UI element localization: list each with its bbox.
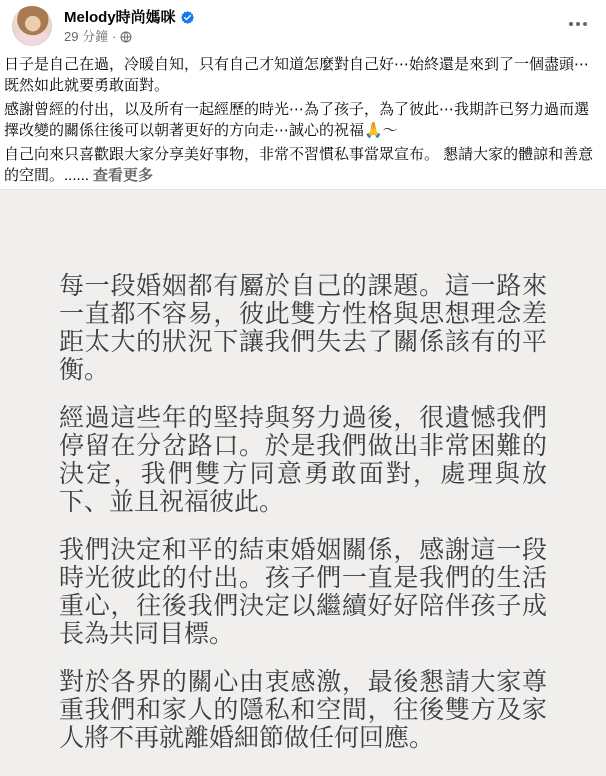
post-meta: 29 分鐘 · (64, 29, 590, 45)
author-row: Melody時尚媽咪 (64, 8, 590, 27)
verified-badge-icon (181, 11, 194, 24)
meta-separator: · (112, 29, 116, 45)
statement-paragraph: 每一段婚姻都有屬於自己的課題。這一路來一直都不容易，彼此雙方性格與思想理念差距太… (59, 272, 547, 384)
timestamp[interactable]: 29 分鐘 (64, 29, 108, 45)
post-paragraph: 日子是自己在過，冷暖自知，只有自己才知道怎麼對自己好⋯始終還是來到了一個盡頭⋯既… (4, 54, 602, 96)
post-header-text: Melody時尚媽咪 29 分鐘 · (64, 6, 590, 45)
ellipsis-horizontal-icon (569, 22, 587, 26)
statement-paragraph: 對於各界的關心由衷感激，最後懇請大家尊重我們和家人的隱私和空間，往後雙方及家人將… (59, 668, 547, 752)
post-paragraph: 感謝曾經的付出，以及所有一起經歷的時光⋯為了孩子，為了彼此⋯我期許已努力過而選擇… (4, 99, 602, 141)
avatar[interactable] (12, 6, 52, 46)
post-image[interactable]: 每一段婚姻都有屬於自己的課題。這一路來一直都不容易，彼此雙方性格與思想理念差距太… (0, 189, 606, 776)
author-name[interactable]: Melody時尚媽咪 (64, 8, 176, 27)
statement-text-block: 每一段婚姻都有屬於自己的課題。這一路來一直都不容易，彼此雙方性格與思想理念差距太… (59, 190, 547, 752)
globe-privacy-icon (120, 31, 132, 43)
more-options-button[interactable] (562, 12, 594, 36)
see-more-link[interactable]: 查看更多 (93, 167, 153, 184)
post-text: 日子是自己在過，冷暖自知，只有自己才知道怎麼對自己好⋯始終還是來到了一個盡頭⋯既… (0, 50, 606, 186)
statement-paragraph: 我們決定和平的結束婚姻關係，感謝這一段時光彼此的付出。孩子們一直是我們的生活重心… (59, 536, 547, 648)
facebook-post: Melody時尚媽咪 29 分鐘 · 日子是自己在過，冷暖自知，只有自己才知道怎… (0, 0, 606, 776)
statement-paragraph: 經過這些年的堅持與努力過後，很遺憾我們停留在分岔路口。於是我們做出非常困難的決定… (59, 404, 547, 516)
post-header: Melody時尚媽咪 29 分鐘 · (0, 0, 606, 50)
post-paragraph: 自己向來只喜歡跟大家分享美好事物，非常不習慣私事當眾宣布。 懇請大家的體諒和善意… (4, 144, 602, 186)
